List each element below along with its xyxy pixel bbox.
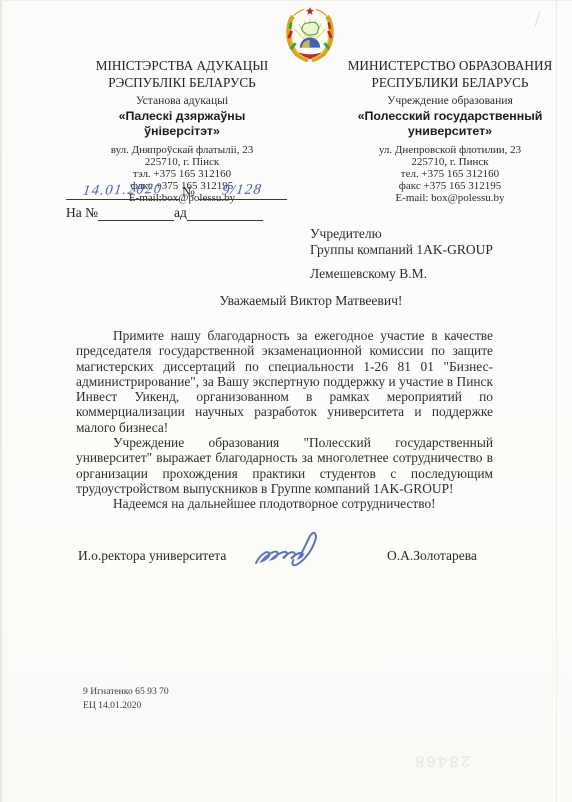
letterhead-right-russian: МИНИСТЕРСТВО ОБРАЗОВАНИЯ РЕСПУБЛИКИ БЕЛА…: [336, 58, 564, 205]
university-name-by-line1: «Палескі дзяржаўны: [72, 109, 292, 124]
signer-role: И.о.ректора университета: [78, 548, 226, 564]
reply-word: ад: [174, 205, 187, 220]
paragraph-3: Надеемся на дальнейшее плодотворное сотр…: [76, 496, 493, 511]
number-field: 9/128: [198, 182, 287, 200]
phone-by: тэл. +375 165 312160: [72, 169, 292, 181]
number-sign: №: [182, 184, 195, 200]
addressee-block: Учредителю Группы компаний 1AK-GROUP Лем…: [310, 226, 493, 282]
fax-ru: факс +375 165 312195: [336, 181, 564, 193]
executor-note: 9 Игнатенко 65 93 70 ЕЦ 14.01.2020: [83, 685, 169, 712]
bleed-through-number: 28468: [413, 751, 470, 771]
belarus-coat-of-arms-icon: [281, 6, 339, 64]
address-block-ru: ул. Днепровской флотилии, 23 225710, г. …: [336, 145, 564, 205]
scan-edge-top: [0, 0, 572, 1]
scan-edge-left: [0, 0, 2, 802]
handwritten-date: 14.01.2020: [82, 181, 164, 200]
executor-contact: 9 Игнатенко 65 93 70: [83, 685, 169, 699]
org-type-ru: Учреждение образования: [336, 94, 564, 107]
addressee-role: Учредителю: [310, 226, 493, 242]
paragraph-1: Примите нашу благодарность за ежегодное …: [76, 328, 493, 435]
addressee-person: Лемешевскому В.М.: [310, 266, 493, 282]
handwritten-number: 9/128: [221, 181, 263, 199]
org-type-by: Установа адукацыі: [72, 94, 292, 107]
salutation: Уважаемый Виктор Матвеевич!: [78, 293, 544, 309]
university-name-ru-line1: «Полесский государственный: [336, 109, 564, 124]
reply-prefix: На №: [66, 205, 98, 220]
date-field: 14.01.2020: [66, 182, 180, 200]
handwritten-signature: [250, 527, 334, 579]
reply-reference-line: На №ад: [66, 203, 263, 221]
executor-initials-date: ЕЦ 14.01.2020: [83, 699, 169, 713]
signer-name: О.А.Золотарева: [387, 548, 477, 564]
outgoing-reference-line: 14.01.2020№9/128: [66, 182, 287, 200]
phone-ru: тел. +375 165 312160: [336, 169, 564, 181]
reply-number-field: [98, 203, 174, 221]
university-name-ru-line2: университет»: [336, 124, 564, 139]
letter-body: Примите нашу благодарность за ежегодное …: [76, 328, 493, 512]
scan-corner-mark: [534, 10, 540, 26]
ministry-name-by-line2: РЭСПУБЛІКІ БЕЛАРУСЬ: [72, 75, 292, 92]
reply-date-field: [187, 203, 263, 221]
ministry-name-ru-line1: МИНИСТЕРСТВО ОБРАЗОВАНИЯ: [336, 58, 564, 75]
email-ru: E-mail: box@polessu.by: [336, 193, 564, 205]
paragraph-2: Учреждение образования "Полесский госуда…: [76, 435, 493, 496]
ministry-name-ru-line2: РЕСПУБЛИКИ БЕЛАРУСЬ: [336, 75, 564, 92]
university-name-by-line2: ўніверсітэт»: [72, 124, 292, 139]
scanned-letter-page: МІНІСТЭРСТВА АДУКАЦЫІ РЭСПУБЛІКІ БЕЛАРУС…: [0, 0, 572, 802]
addressee-company: Группы компаний 1AK-GROUP: [310, 242, 493, 258]
ministry-name-by-line1: МІНІСТЭРСТВА АДУКАЦЫІ: [72, 58, 292, 75]
